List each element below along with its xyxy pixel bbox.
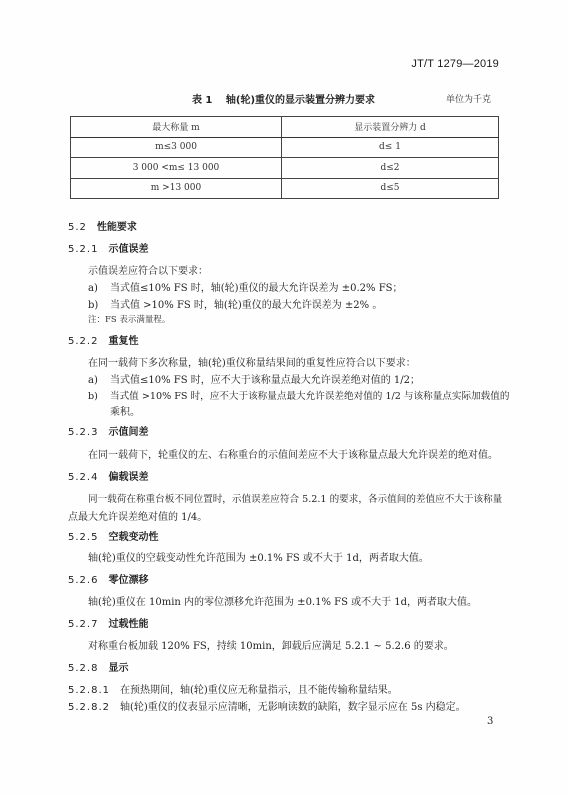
section-heading-5-2-8: 5.2.8显示 — [68, 659, 128, 674]
subsection-5-2-8-2: 5.2.8.2轴(轮)重仪的仪表显示应清晰，无影响读数的缺陷，数字显示应在 5s… — [68, 698, 466, 713]
table-row: 3 000 <m≤ 13 000 d≤2 — [71, 158, 499, 179]
section-number: 5.2 — [68, 222, 87, 233]
table-cell: d≤5 — [282, 178, 499, 199]
section-heading-5-2-5: 5.2.5空载变动性 — [68, 528, 158, 543]
section-title: 重复性 — [108, 336, 138, 347]
subsection-number: 5.2.8.2 — [68, 702, 110, 713]
section-number: 5.2.1 — [68, 244, 98, 255]
paragraph: 示值误差应符合以下要求： — [88, 262, 208, 277]
section-title: 零位漂移 — [108, 575, 148, 586]
column-header: 显示装置分辨力 d — [282, 117, 499, 138]
section-heading-5-2-7: 5.2.7过载性能 — [68, 615, 148, 630]
section-title: 显示 — [108, 663, 128, 674]
table-cell: 3 000 <m≤ 13 000 — [71, 158, 282, 179]
table-number: 表 1 — [192, 95, 212, 106]
section-title: 空载变动性 — [108, 532, 158, 543]
list-label: a) — [88, 375, 110, 386]
table-title: 轴(轮)重仪的显示装置分辨力要求 — [226, 95, 375, 106]
paragraph: 在同一载荷下多次称量，轴(轮)重仪称量结果间的重复性应符合以下要求： — [88, 354, 416, 369]
subsection-text: 轴(轮)重仪的仪表显示应清晰，无影响读数的缺陷，数字显示应在 5s 内稳定。 — [120, 702, 466, 713]
list-text: 当式值≤10% FS 时，应不大于该称量点最大允许误差绝对值的 1/2； — [110, 375, 420, 386]
section-title: 性能要求 — [97, 222, 137, 233]
paragraph: 轴(轮)重仪在 10min 内的零位漂移允许范围为 ±0.1% FS 或不大于 … — [88, 593, 477, 608]
subsection-text: 在预热期间，轴(轮)重仪应无称量指示，且不能传输称量结果。 — [120, 685, 398, 696]
section-heading-5-2-3: 5.2.3示值间差 — [68, 423, 148, 438]
section-number: 5.2.6 — [68, 575, 98, 586]
list-text: 当式值 >10% FS 时，应不大于该称量点最大允许误差绝对值的 1/2 与该称… — [110, 391, 509, 402]
list-text: 当式值 >10% FS 时，轴(轮)重仪的最大允许误差为 ±2% 。 — [110, 300, 382, 311]
section-heading-5-2-6: 5.2.6零位漂移 — [68, 571, 148, 586]
document-page: JT/T 1279—2019 表 1 轴(轮)重仪的显示装置分辨力要求 单位为千… — [0, 0, 567, 796]
paragraph: 点最大允许误差绝对值的 1/4。 — [68, 508, 207, 523]
section-number: 5.2.8 — [68, 663, 98, 674]
section-number: 5.2.3 — [68, 427, 98, 438]
section-number: 5.2.4 — [68, 472, 98, 483]
list-item: b)当式值 >10% FS 时，应不大于该称量点最大允许误差绝对值的 1/2 与… — [88, 388, 509, 402]
list-label: a) — [88, 283, 110, 294]
section-heading-5-2-1: 5.2.1示值误差 — [68, 240, 148, 255]
section-title: 示值误差 — [108, 244, 148, 255]
note: 注：FS 表示满量程。 — [88, 313, 170, 325]
section-number: 5.2.7 — [68, 619, 98, 630]
paragraph: 同一载荷在称重台板不同位置时，示值误差应符合 5.2.1 的要求，各示值间的差值… — [88, 491, 502, 505]
list-item: a)当式值≤10% FS 时，应不大于该称量点最大允许误差绝对值的 1/2； — [88, 371, 420, 386]
table-cell: d≤2 — [282, 158, 499, 179]
section-title: 示值间差 — [108, 427, 148, 438]
list-item: a)当式值≤10% FS 时，轴(轮)重仪的最大允许误差为 ±0.2% FS； — [88, 279, 403, 294]
subsection-5-2-8-1: 5.2.8.1在预热期间，轴(轮)重仪应无称量指示，且不能传输称量结果。 — [68, 681, 398, 696]
page-number: 3 — [487, 716, 493, 727]
section-number: 5.2.5 — [68, 532, 98, 543]
column-header: 最大称量 m — [71, 117, 282, 138]
table-row: m >13 000 d≤5 — [71, 178, 499, 199]
section-heading-5-2-2: 5.2.2重复性 — [68, 332, 138, 347]
section-heading-5-2: 5.2性能要求 — [68, 218, 137, 233]
list-item: b)当式值 >10% FS 时，轴(轮)重仪的最大允许误差为 ±2% 。 — [88, 296, 382, 311]
section-number: 5.2.2 — [68, 336, 98, 347]
table-cell: m≤3 000 — [71, 137, 282, 158]
paragraph: 对称重台板加载 120% FS，持续 10min，卸载后应满足 5.2.1 ~ … — [88, 637, 454, 652]
list-item-continuation: 乘积。 — [110, 403, 140, 418]
table-cell: d≤ 1 — [282, 137, 499, 158]
list-label: b) — [88, 391, 110, 402]
list-text: 当式值≤10% FS 时，轴(轮)重仪的最大允许误差为 ±0.2% FS； — [110, 283, 403, 294]
paragraph: 轴(轮)重仪的空载变动性允许范围为 ±0.1% FS 或不大于 1d，两者取大值… — [88, 549, 429, 564]
list-label: b) — [88, 300, 110, 311]
table-cell: m >13 000 — [71, 178, 282, 199]
section-heading-5-2-4: 5.2.4偏载误差 — [68, 468, 148, 483]
table-unit: 单位为千克 — [446, 92, 491, 105]
section-title: 过载性能 — [108, 619, 148, 630]
table-header-row: 最大称量 m 显示装置分辨力 d — [71, 117, 499, 138]
table-row: m≤3 000 d≤ 1 — [71, 137, 499, 158]
standard-number: JT/T 1279—2019 — [411, 58, 499, 70]
subsection-number: 5.2.8.1 — [68, 685, 110, 696]
resolution-table: 最大称量 m 显示装置分辨力 d m≤3 000 d≤ 1 3 000 <m≤ … — [70, 116, 499, 199]
paragraph: 在同一载荷下，轮重仪的左、右称重台的示值间差应不大于该称量点最大允许误差的绝对值… — [88, 446, 498, 461]
section-title: 偏载误差 — [108, 472, 148, 483]
